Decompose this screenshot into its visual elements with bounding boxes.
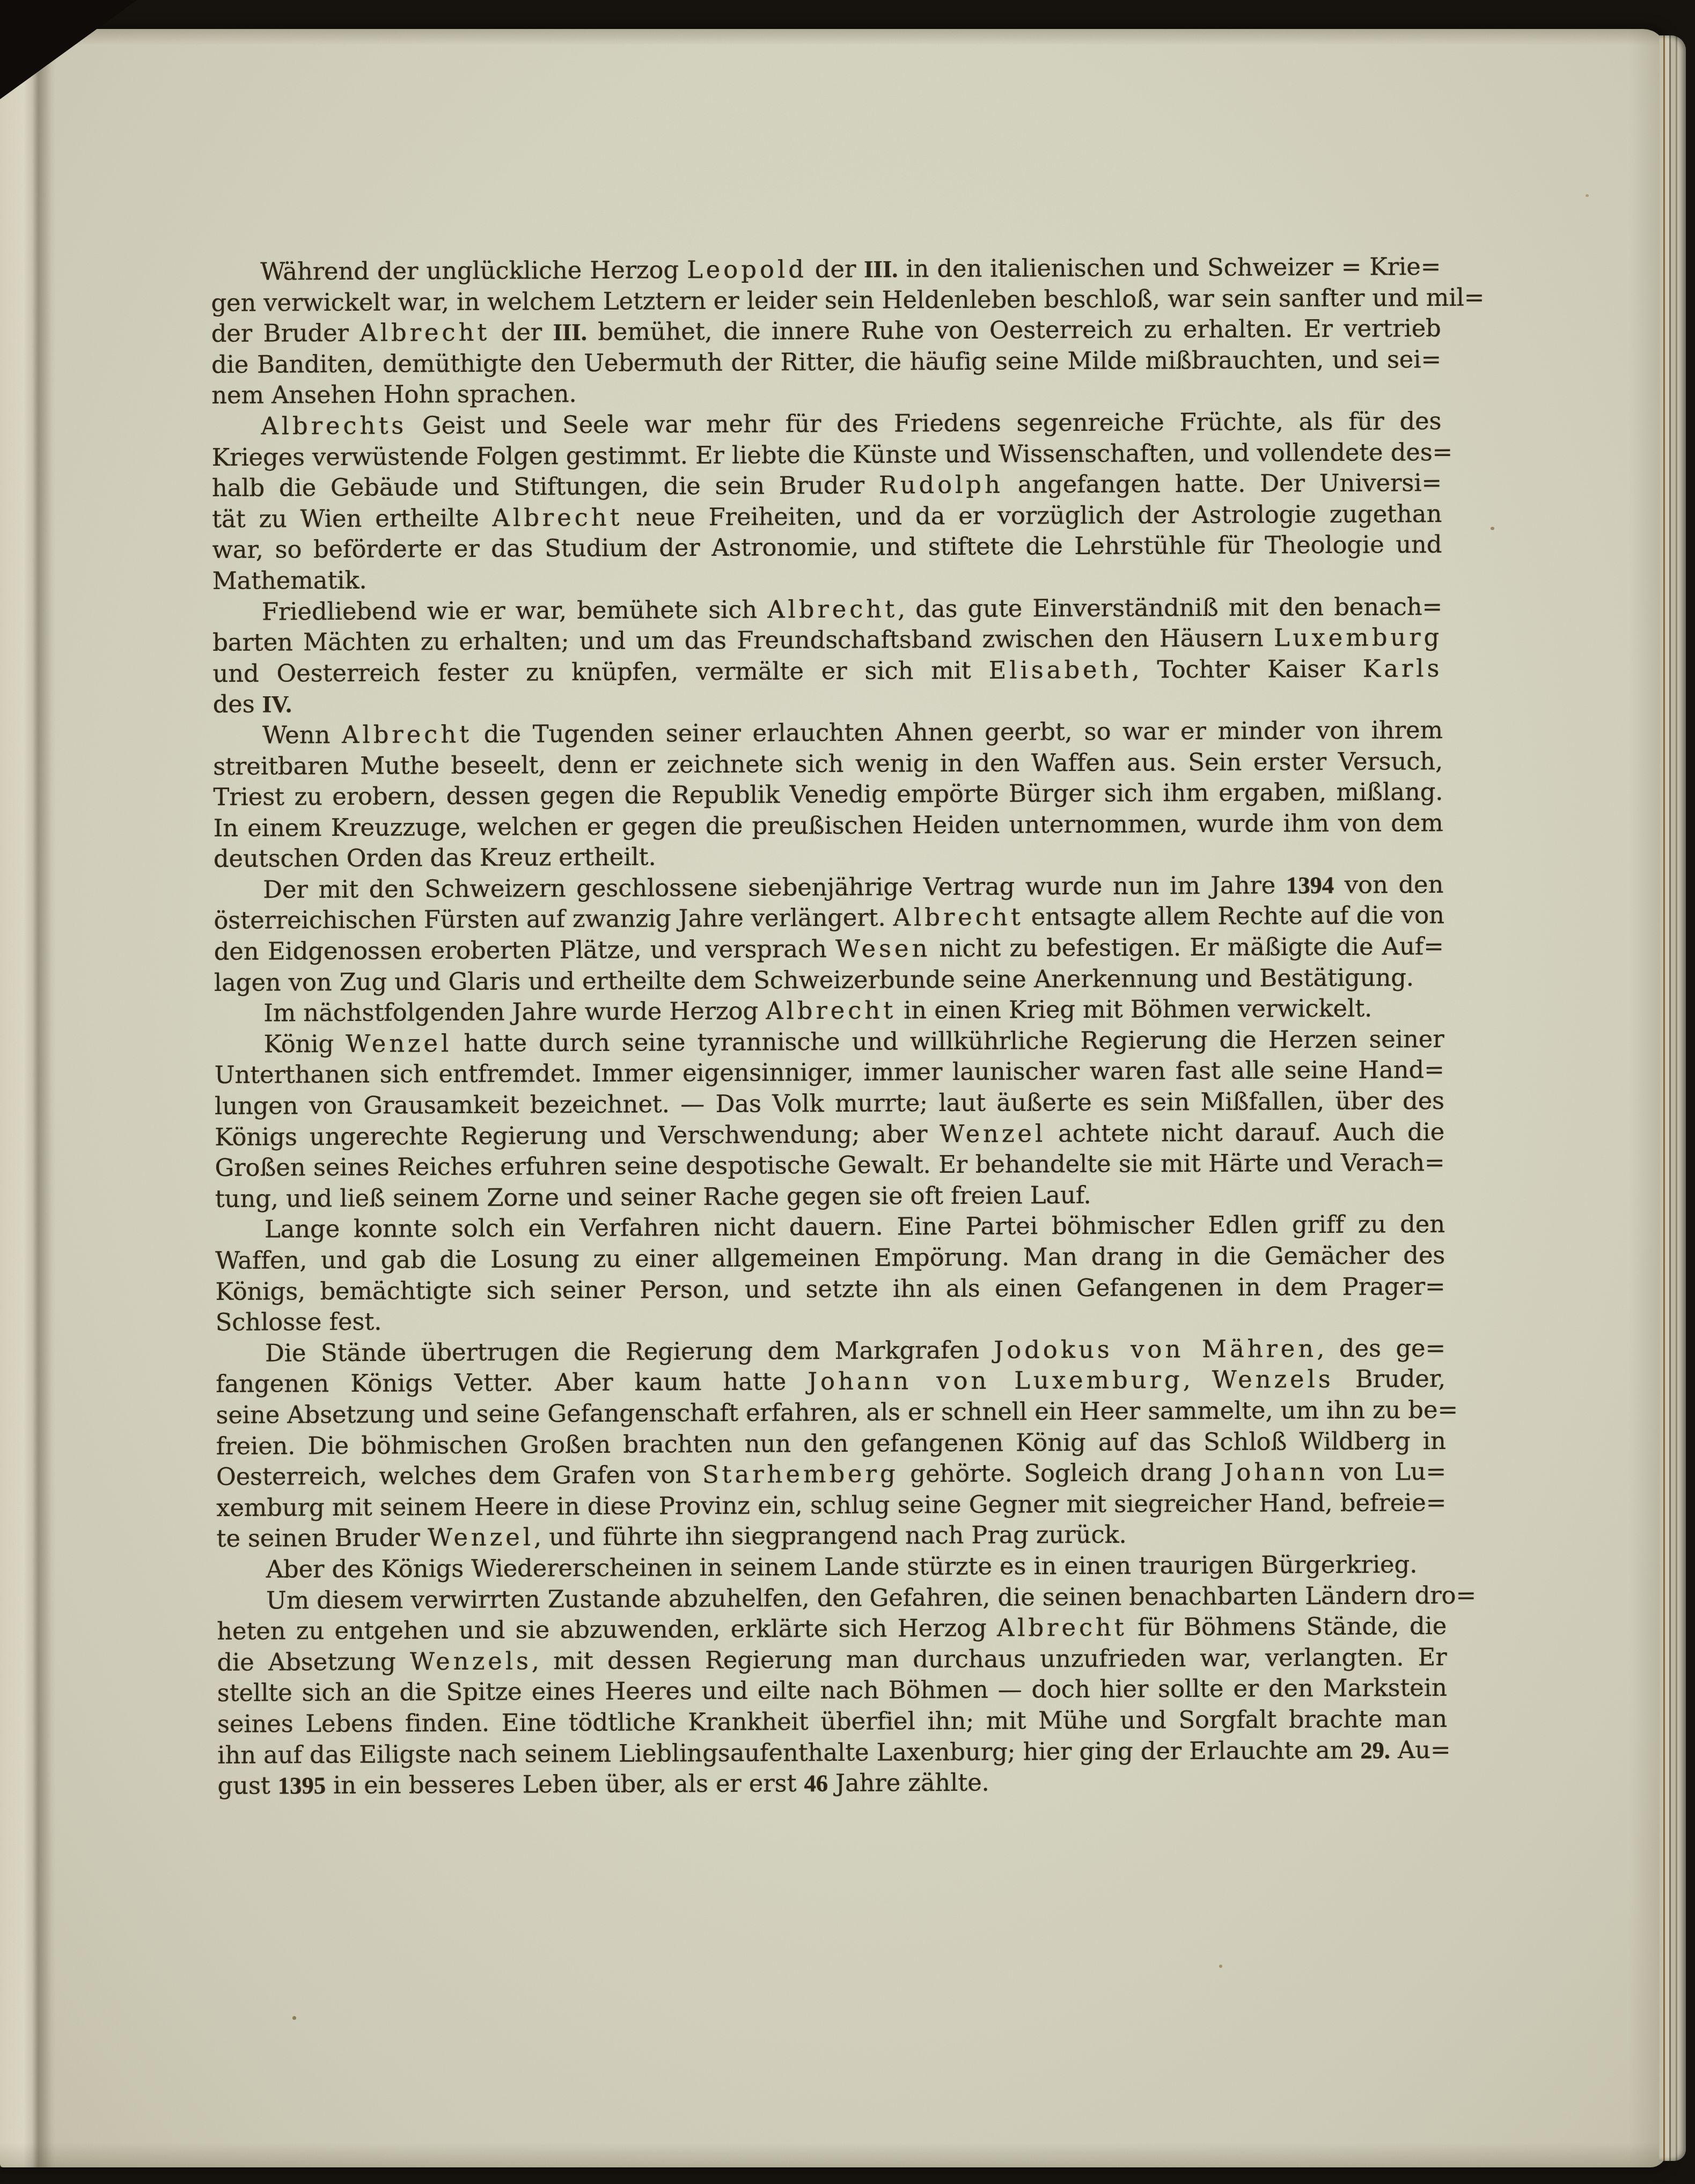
text-line: Während der unglückliche Herzog Leopold … (211, 251, 1441, 288)
text-run: für Böhmens Stände, die (1127, 1612, 1447, 1642)
antiqua-numeral: 1395 (278, 1772, 326, 1799)
antiqua-numeral: 29. (1360, 1737, 1390, 1763)
text-run: österreichischen Fürsten auf zwanzig Jah… (214, 903, 893, 935)
text-line: Der mit den Schweizern geschlossene sieb… (214, 869, 1443, 906)
text-run: nicht zu befestigen. Er mäßigte die Auf= (930, 932, 1444, 962)
text-run: , und führte ihn siegprangend nach Prag … (534, 1520, 1127, 1551)
text-run: barten Mächten zu erhalten; und um das F… (212, 623, 1274, 657)
text-run: Jahre zählte. (828, 1768, 989, 1797)
spaced-proper-name: Wenzel (940, 1119, 1046, 1148)
text-run: die Banditen, demüthigte den Uebermuth d… (211, 345, 1441, 379)
text-run: angefangen hatte. Der Universi= (1003, 468, 1442, 499)
text-run: seines Lebens finden. Eine tödtliche Kra… (217, 1704, 1447, 1738)
text-run: der (807, 255, 864, 283)
text-run: , Tochter Kaiser (1132, 654, 1363, 683)
text-run: Mathematik. (212, 566, 367, 595)
spaced-proper-name: Wenzels (1212, 1365, 1334, 1394)
spaced-proper-name: Elisabeth (988, 655, 1132, 684)
text-run: Au= (1390, 1735, 1451, 1763)
text-line: Oesterreich, welches dem Grafen von Star… (216, 1456, 1446, 1492)
text-line: Die Stände übertrugen die Regierung dem … (216, 1333, 1445, 1369)
paragraph: Die Stände übertrugen die Regierung dem … (216, 1333, 1447, 1554)
text-line: Aber des Königs Wiedererscheinen in sein… (217, 1549, 1447, 1585)
text-run: Königs ungerechte Regierung und Verschwe… (215, 1120, 940, 1151)
text-run: Königs, bemächtigte sich seiner Person, … (215, 1272, 1445, 1306)
text-run: , mit dessen Regierung man durchaus unzu… (532, 1643, 1447, 1675)
paragraph: Während der unglückliche Herzog Leopold … (211, 251, 1441, 411)
text-run: Friedliebend wie er war, bemühete sich (262, 595, 767, 626)
text-run: tung, und ließ seinem Zorne und seiner R… (215, 1181, 1091, 1213)
spaced-proper-name: Albrecht (359, 318, 490, 347)
text-run: Oesterreich, welches dem Grafen von (216, 1460, 702, 1491)
text-line: nem Ansehen Hohn sprachen. (211, 374, 1441, 411)
text-run: in ein besseres Leben über, als er erst (326, 1769, 804, 1799)
text-run: von Lu= (1327, 1457, 1446, 1486)
spaced-proper-name: Albrechts (261, 411, 407, 440)
text-line: Unterthanen sich entfremdet. Immer eigen… (215, 1054, 1444, 1091)
text-run: war, so beförderte er das Studium der As… (212, 530, 1442, 564)
text-run: neue Freiheiten, und da er vorzüglich de… (622, 499, 1442, 532)
text-line: te seinen Bruder Wenzel, und führte ihn … (216, 1518, 1446, 1554)
text-line: xemburg mit seinem Heere in diese Provin… (216, 1487, 1446, 1524)
text-run: Schlosse fest. (216, 1307, 382, 1336)
text-line: Im nächstfolgenden Jahre wurde Herzog Al… (214, 992, 1444, 1029)
spaced-proper-name: Wesen (835, 934, 930, 963)
text-line: Waffen, und gab die Losung zu einer allg… (215, 1240, 1445, 1276)
antiqua-numeral: III. (553, 319, 587, 345)
spaced-proper-name: Albrecht (342, 720, 472, 749)
antiqua-numeral: 46 (804, 1770, 828, 1797)
text-run: Waffen, und gab die Losung zu einer allg… (215, 1241, 1445, 1275)
text-run: fangenen Königs Vetter. Aber kaum hatte (216, 1367, 808, 1399)
text-run: gust (217, 1771, 278, 1800)
text-run: achtete nicht darauf. Auch die (1046, 1117, 1444, 1148)
text-run: , (1183, 1365, 1212, 1394)
text-line: Schlosse fest. (216, 1301, 1445, 1338)
text-line: Lange konnte solch ein Verfahren nicht d… (215, 1209, 1445, 1245)
text-run: den Eidgenossen eroberten Plätze, und ve… (214, 935, 836, 966)
text-run: hatte durch seine tyrannische und willkü… (452, 1025, 1444, 1057)
text-run: die Tugenden seiner erlauchten Ahnen gee… (472, 716, 1443, 748)
text-run: Um diesem verwirrten Zustande abzuhelfen… (266, 1580, 1476, 1614)
text-line: gen verwickelt war, in welchem Letztern … (211, 282, 1441, 319)
paragraph: Albrechts Geist und Seele war mehr für d… (211, 406, 1442, 597)
text-line: Großen seines Reiches erfuhren seine des… (215, 1147, 1444, 1183)
text-run: gehörte. Sogleich drang (898, 1458, 1223, 1488)
spaced-proper-name: Luxemburg (1274, 623, 1443, 652)
text-line: barten Mächten zu erhalten; und um das F… (212, 622, 1442, 658)
text-run: , das gute Einverständniß mit den benach… (898, 592, 1442, 623)
text-run: bemühet, die innere Ruhe von Oesterreich… (587, 314, 1441, 346)
text-line: stellte sich an die Spitze eines Heeres … (217, 1672, 1447, 1709)
text-line: Wenn Albrecht die Tugenden seiner erlauc… (213, 715, 1443, 751)
spaced-proper-name: Albrecht (492, 503, 622, 532)
spaced-proper-name: Wenzels (410, 1646, 532, 1675)
text-line: österreichischen Fürsten auf zwanzig Jah… (214, 900, 1443, 936)
text-line: tät zu Wien ertheilte Albrecht neue Frei… (212, 498, 1442, 535)
text-line: fangenen Königs Vetter. Aber kaum hatte … (216, 1363, 1445, 1400)
text-line: seine Absetzung und seine Gefangenschaft… (216, 1394, 1445, 1431)
paragraph: Der mit den Schweizern geschlossene sieb… (214, 869, 1444, 998)
paragraph: König Wenzel hatte durch seine tyrannisc… (214, 1024, 1444, 1215)
text-run: entsagte allem Rechte auf die von (1023, 901, 1444, 931)
text-line: Triest zu erobern, dessen gegen die Repu… (213, 776, 1443, 813)
antiqua-numeral: IV. (262, 691, 292, 718)
text-run: nem Ansehen Hohn sprachen. (211, 379, 577, 409)
text-line: In einem Kreuzzuge, welchen er gegen die… (214, 807, 1443, 844)
page-edge-stack (1659, 35, 1686, 2161)
text-run: ihn auf das Eiligste nach seinem Lieblin… (217, 1736, 1360, 1769)
text-run: Wenn (262, 720, 342, 749)
paragraph: Im nächstfolgenden Jahre wurde Herzog Al… (214, 992, 1444, 1029)
text-run: deutschen Orden das Kreuz ertheilt. (214, 843, 656, 873)
text-line: deutschen Orden das Kreuz ertheilt. (214, 838, 1443, 874)
text-run: Unterthanen sich entfremdet. Immer eigen… (215, 1055, 1444, 1089)
text-run: Bruder, (1334, 1364, 1446, 1393)
spaced-proper-name: Leopold (687, 255, 807, 284)
text-line: halb die Gebäude und Stiftungen, die sei… (212, 467, 1442, 504)
text-run: von den (1334, 870, 1443, 899)
text-run: Geist und Seele war mehr für des Frieden… (407, 407, 1441, 439)
text-line: heten zu entgehen und sie abzuwenden, er… (217, 1611, 1447, 1647)
text-line: Königs ungerechte Regierung und Verschwe… (215, 1116, 1444, 1153)
text-line: seines Lebens finden. Eine tödtliche Kra… (217, 1703, 1447, 1740)
spaced-proper-name: Albrecht (767, 594, 898, 623)
text-line: den Eidgenossen eroberten Plätze, und ve… (214, 931, 1444, 967)
text-run: Während der unglückliche Herzog (260, 255, 687, 285)
text-run: Aber des Königs Wiedererscheinen in sein… (266, 1550, 1418, 1583)
text-line: lagen von Zug und Glaris und ertheilte d… (214, 962, 1444, 998)
text-run: lagen von Zug und Glaris und ertheilte d… (214, 963, 1414, 997)
book-scan: Während der unglückliche Herzog Leopold … (0, 0, 1695, 2184)
paragraph: Aber des Königs Wiedererscheinen in sein… (217, 1549, 1447, 1585)
text-run: freien. Die böhmischen Großen brachten n… (216, 1426, 1446, 1460)
text-run: König (263, 1030, 346, 1058)
text-run: Krieges verwüstende Folgen gestimmt. Er … (212, 437, 1453, 471)
text-run: in einen Krieg mit Böhmen verwickelt. (896, 994, 1372, 1025)
text-run: streitbaren Muthe beseelt, denn er zeich… (213, 746, 1443, 780)
spaced-proper-name: Johann von Luxemburg (808, 1365, 1183, 1395)
spaced-proper-name: Johann (1223, 1458, 1327, 1487)
text-run: die Absetzung (217, 1647, 410, 1676)
spaced-proper-name: Albrecht (997, 1613, 1127, 1642)
text-line: Mathematik. (212, 560, 1442, 597)
antiqua-numeral: III. (864, 255, 898, 282)
text-line: der Bruder Albrecht der III. bemühet, di… (211, 313, 1441, 349)
text-run: Lange konnte solch ein Verfahren nicht d… (265, 1210, 1445, 1244)
spaced-proper-name: Karls (1363, 654, 1443, 683)
text-line: Albrechts Geist und Seele war mehr für d… (211, 406, 1441, 442)
text-line: tung, und ließ seinem Zorne und seiner R… (215, 1178, 1445, 1215)
text-run: gen verwickelt war, in welchem Letztern … (211, 283, 1484, 317)
spaced-proper-name: Wenzel (428, 1523, 534, 1552)
text-line: Um diesem verwirrten Zustande abzuhelfen… (217, 1580, 1447, 1616)
text-run: heten zu entgehen und sie abzuwenden, er… (217, 1614, 997, 1645)
text-line: ihn auf das Eiligste nach seinem Lieblin… (217, 1734, 1447, 1770)
text-run: Im nächstfolgenden Jahre wurde Herzog (263, 997, 766, 1027)
spaced-proper-name: Albrecht (893, 903, 1024, 932)
spaced-proper-name: Starhemberg (702, 1460, 899, 1489)
paragraph: Friedliebend wie er war, bemühete sich A… (212, 591, 1443, 720)
text-line: Königs, bemächtigte sich seiner Person, … (215, 1271, 1445, 1307)
text-line: war, so beförderte er das Studium der As… (212, 529, 1442, 565)
text-line: freien. Die böhmischen Großen brachten n… (216, 1425, 1446, 1462)
text-line: Krieges verwüstende Folgen gestimmt. Er … (212, 437, 1442, 473)
text-line: streitbaren Muthe beseelt, denn er zeich… (213, 745, 1443, 782)
text-run: Triest zu erobern, dessen gegen die Repu… (213, 777, 1443, 811)
text-run: seine Absetzung und seine Gefangenschaft… (216, 1395, 1458, 1429)
spaced-proper-name: Rudolph (879, 470, 1003, 499)
text-run: In einem Kreuzzuge, welchen er gegen die… (214, 808, 1443, 842)
text-run: halb die Gebäude und Stiftungen, die sei… (212, 471, 879, 502)
text-run: und Oesterreich fester zu knüpfen, vermä… (212, 656, 988, 687)
text-line: die Banditen, demüthigte den Uebermuth d… (211, 344, 1441, 380)
text-run: der Bruder (211, 319, 360, 348)
text-run: lungen von Grausamkeit bezeichnet. — Das… (215, 1086, 1444, 1120)
text-run: tät zu Wien ertheilte (212, 503, 493, 533)
text-run: Großen seines Reiches erfuhren seine des… (215, 1148, 1444, 1182)
paragraph: Um diesem verwirrten Zustande abzuhelfen… (217, 1580, 1448, 1801)
text-run: des (213, 690, 262, 718)
spaced-proper-name: Wenzel (346, 1029, 452, 1058)
text-run: in den italienischen und Schweizer = Kri… (898, 252, 1441, 283)
page-text-block: Während der unglückliche Herzog Leopold … (211, 251, 1448, 1801)
text-run: Der mit den Schweizern geschlossene sieb… (263, 871, 1286, 903)
text-line: König Wenzel hatte durch seine tyrannisc… (214, 1024, 1444, 1060)
text-run: xemburg mit seinem Heere in diese Provin… (216, 1488, 1446, 1522)
paragraph: Lange konnte solch ein Verfahren nicht d… (215, 1209, 1445, 1337)
text-run: der (490, 318, 553, 347)
spaced-proper-name: Albrecht (766, 996, 896, 1025)
text-run: stellte sich an die Spitze eines Heeres … (217, 1673, 1447, 1707)
paragraph: Wenn Albrecht die Tugenden seiner erlauc… (213, 715, 1443, 874)
text-line: gust 1395 in ein besseres Leben über, al… (217, 1765, 1447, 1801)
text-line: lungen von Grausamkeit bezeichnet. — Das… (215, 1085, 1444, 1122)
spaced-proper-name: Jodokus von Mähren (994, 1334, 1317, 1364)
text-line: des IV. (213, 683, 1443, 720)
text-run: te seinen Bruder (216, 1524, 428, 1553)
text-line: Friedliebend wie er war, bemühete sich A… (212, 591, 1442, 628)
text-line: die Absetzung Wenzels, mit dessen Regier… (217, 1642, 1447, 1678)
text-run: Die Stände übertrugen die Regierung dem … (265, 1335, 994, 1367)
text-line: und Oesterreich fester zu knüpfen, vermä… (212, 653, 1442, 689)
text-run: , des ge= (1317, 1334, 1445, 1363)
antiqua-numeral: 1394 (1286, 872, 1334, 899)
